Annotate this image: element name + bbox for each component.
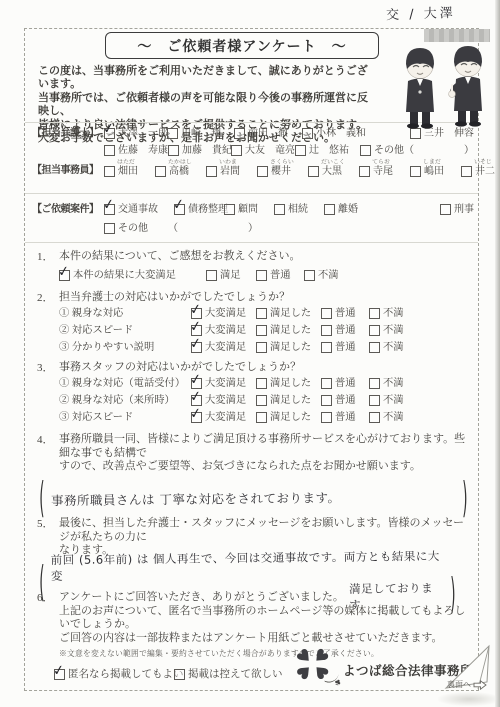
checkbox[interactable] [360,145,371,156]
checkbox[interactable] [295,145,306,156]
q2-option[interactable]: 満足した [256,305,321,322]
q1-option[interactable]: 普通 [256,267,304,284]
lawyer-section-label: 【担当弁護士】 [32,126,104,141]
staff-option[interactable]: しまだ嶋田 [410,158,461,178]
checkbox[interactable] [167,128,178,139]
question-4: 4． 事務所職員一同、皆様によりご満足頂ける事務所サービスを心がけております。些… [37,433,468,519]
checkbox[interactable] [234,128,245,139]
checkbox[interactable] [191,342,202,353]
q2-option[interactable]: 普通 [321,339,369,356]
case-option[interactable]: 相続 [274,202,324,217]
checkbox[interactable] [461,166,472,177]
checkbox[interactable] [224,204,235,215]
checkbox[interactable] [231,145,242,156]
checkbox[interactable] [54,669,65,680]
lawyer-option[interactable]: 小林 義和 [302,126,410,141]
checkbox[interactable] [155,166,166,177]
case-option[interactable]: 債務整理 [174,202,224,217]
question-3: 3．事務スタッフの対応はいかがでしたでしょうか？ ① 親身な対応（電話受付） 大… [37,361,468,426]
staff-option[interactable]: だいこく大黒 [308,158,359,178]
checkbox[interactable] [256,378,267,389]
q3-option[interactable]: 満足した [256,392,321,409]
checkbox[interactable] [359,166,370,177]
q1-option[interactable]: 不満 [304,267,352,284]
checkbox[interactable] [440,204,451,215]
q1-option[interactable]: 満足 [206,267,256,284]
checkbox[interactable] [321,395,332,406]
checkbox[interactable] [321,412,332,423]
q3-option[interactable]: 普通 [321,392,369,409]
checkbox[interactable] [369,412,380,423]
checkbox[interactable] [256,342,267,353]
staff-option[interactable]: いわま岩間 [206,158,257,178]
q3-number: 3． [37,361,59,375]
section-divider [25,242,478,243]
checkbox[interactable] [410,166,421,177]
back-side-label: 裏面へ [447,679,471,690]
arrow-right-icon [473,680,487,690]
paren-close: ) [462,473,467,523]
checkbox[interactable] [206,166,217,177]
q2-option[interactable]: 不満 [369,339,468,356]
q3-text: 事務スタッフの対応はいかがでしたでしょうか？ [59,361,468,375]
q2-option[interactable]: 満足した [256,339,321,356]
checkbox[interactable] [256,325,267,336]
case-option-other[interactable]: その他 [104,221,168,236]
q2-option[interactable]: 大変満足 [191,339,256,356]
q2-option[interactable]: 不満 [369,305,468,322]
redacted-block [424,29,490,42]
lawyer-option[interactable]: 大友 竜亮 [231,143,295,158]
q6-footnote: ※文意を変えない範囲で編集・要約させていただく場合がありますのでご了承ください。 [37,648,468,659]
q1-number: 1． [37,250,59,264]
staff-row: 【担当事務員】 はただ畑田 たかはし高橋 いわま岩間 さくらい櫻井 だいこく大黒… [32,158,474,178]
handwritten-annotation: 交 / 大澤 [386,2,456,23]
case-option[interactable]: 交通事故 [104,202,174,217]
q3-option[interactable]: 大変満足 [191,409,256,426]
checkbox[interactable] [274,204,285,215]
checkbox[interactable] [321,378,332,389]
checkbox[interactable] [304,270,315,281]
q1-options: 本件の結果に大変満足 満足 普通 不満 [37,267,468,284]
q3-option[interactable]: 満足した [256,375,321,392]
checkbox[interactable] [369,308,380,319]
q3-row-1: ① 親身な対応（電話受付） 大変満足 満足した 普通 不満 [37,375,468,392]
case-row-2: その他 （ ） [32,221,474,236]
q4-text: 事務所職員一同、皆様によりご満足頂ける事務所サービスを心がけております。些細な事… [59,433,468,474]
checkbox[interactable] [369,395,380,406]
back-side-note[interactable]: 裏面へ [447,679,487,690]
q6-number: 6． [37,591,59,645]
checkbox[interactable] [308,166,319,177]
lawyer-option[interactable]: 辻 悠祐 [295,143,360,158]
checkbox[interactable] [369,325,380,336]
question-2: 2．担当弁護士の対応はいかがでしたでしょうか？ ① 親身な対応 大変満足 満足し… [37,291,468,356]
case-section-label: 【ご依頼案件】 [32,202,104,217]
checkbox[interactable] [104,166,115,177]
checkbox[interactable] [104,204,115,215]
checkbox[interactable] [369,378,380,389]
q4-number: 4． [37,433,59,474]
checkbox[interactable] [324,204,335,215]
scanned-survey-page: { "meta": { "annotation": "交 / 大澤", "bac… [0,0,500,707]
q4-answer-area[interactable]: ( 事務所職員さんは 丁寧な対応をされております。 ) [39,477,468,519]
q3-option[interactable]: 不満 [369,409,468,426]
q3-option[interactable]: 普通 [321,409,369,426]
checkbox[interactable] [321,308,332,319]
q2-option[interactable]: 普通 [321,305,369,322]
checkbox[interactable] [257,166,268,177]
consent-option-decline[interactable]: 掲載は控えて欲しい [174,666,239,683]
clover-logo-icon: ♥ ♥ ♥ ♥ ♣ [297,649,339,691]
q2-option[interactable]: 満足した [256,322,321,339]
staff-option[interactable]: はただ畑田 [104,158,155,178]
q2-option[interactable]: 不満 [369,322,468,339]
case-row-1: 【ご依頼案件】 交通事故 債務整理 顧問 相続 離婚 刑事 [32,202,474,217]
checkbox[interactable] [369,342,380,353]
lawyers-illustration-icon [396,42,492,130]
lawyer-option[interactable]: 加藤 貴紀 [168,143,231,158]
lawyer-option[interactable]: 佐藤 寿康 [104,143,168,158]
q6-text: アンケートにご回答いただき、ありがとうございました。 上記のお声について、匿名で… [59,591,468,645]
q2-row-2: ② 対応スピード 大変満足 満足した 普通 不満 [37,322,468,339]
case-option[interactable]: 顧問 [224,202,274,217]
staff-option[interactable]: てらお寺尾 [359,158,410,178]
checkbox[interactable] [321,325,332,336]
q2-row-1: ① 親身な対応 大変満足 満足した 普通 不満 [37,305,468,322]
checkbox[interactable] [191,412,202,423]
checkbox[interactable] [256,270,267,281]
checkbox[interactable] [104,223,115,234]
staff-section-label: 【担当事務員】 [32,163,104,178]
scan-edge-shadow [495,0,500,707]
checkbox[interactable] [256,308,267,319]
other-blank: （ ） [168,221,258,236]
question-1: 1．本件の結果について、ご感想をお教えください。 本件の結果に大変満足 満足 普… [37,250,468,284]
checkbox[interactable] [174,669,185,680]
checkbox[interactable] [206,270,217,281]
q3-option[interactable]: 不満 [369,375,468,392]
question-6: 6． アンケートにご回答いただき、ありがとうございました。 上記のお声について、… [37,591,468,659]
checkbox[interactable] [302,128,313,139]
checkbox[interactable] [104,145,115,156]
paren-open: ( [39,473,44,523]
form-title: ～ ご依頼者様アンケート ～ [105,32,379,59]
checkbox[interactable] [104,128,115,139]
lawyer-option[interactable]: 川崎 翔 [167,126,234,141]
case-option[interactable]: 離婚 [324,202,440,217]
q1-text: 本件の結果について、ご感想をお教えください。 [59,250,468,264]
q2-row-3: ③ 分かりやすい説明 大変満足 満足した 普通 不満 [37,339,468,356]
checkbox[interactable] [174,204,185,215]
consent-option-anonymous[interactable]: 匿名なら掲載してもよい [54,666,174,683]
q2-number: 2． [37,291,59,305]
question-5: 5． 最後に、担当した弁護士・スタッフにメッセージをお願いします。皆様のメッセー… [37,517,468,603]
section-divider [25,193,478,194]
lawyer-option[interactable]: その他（ ） [360,143,474,158]
checkbox[interactable] [59,270,70,281]
checkbox[interactable] [168,145,179,156]
lawyer-option[interactable]: 前田 徹 [234,126,302,141]
q1-option[interactable]: 本件の結果に大変満足 [59,267,206,284]
lawyer-option[interactable]: 大澤 一郎 [104,126,167,141]
q3-option[interactable]: 満足した [256,409,321,426]
q3-option[interactable]: 不満 [369,392,468,409]
q2-option[interactable]: 普通 [321,322,369,339]
checkbox[interactable] [321,342,332,353]
lawyer-row-2: 佐藤 寿康 加藤 貴紀 大友 竜亮 辻 悠祐 その他（ ） [32,143,474,158]
staff-option[interactable]: さくらい櫻井 [257,158,308,178]
q3-row-2: ② 親身な対応（来所時） 大変満足 満足した 普通 不満 [37,392,468,409]
q3-option[interactable]: 普通 [321,375,369,392]
checkbox[interactable] [256,395,267,406]
q3-row-3: ③ 対応スピード 大変満足 満足した 普通 不満 [37,409,468,426]
case-option[interactable]: 刑事 [440,202,474,217]
q2-text: 担当弁護士の対応はいかがでしたでしょうか？ [59,291,468,305]
staff-option[interactable]: たかはし高橋 [155,158,206,178]
q4-handwritten-answer: 事務所職員さんは 丁寧な対応をされております。 [45,487,462,509]
checkbox[interactable] [256,412,267,423]
